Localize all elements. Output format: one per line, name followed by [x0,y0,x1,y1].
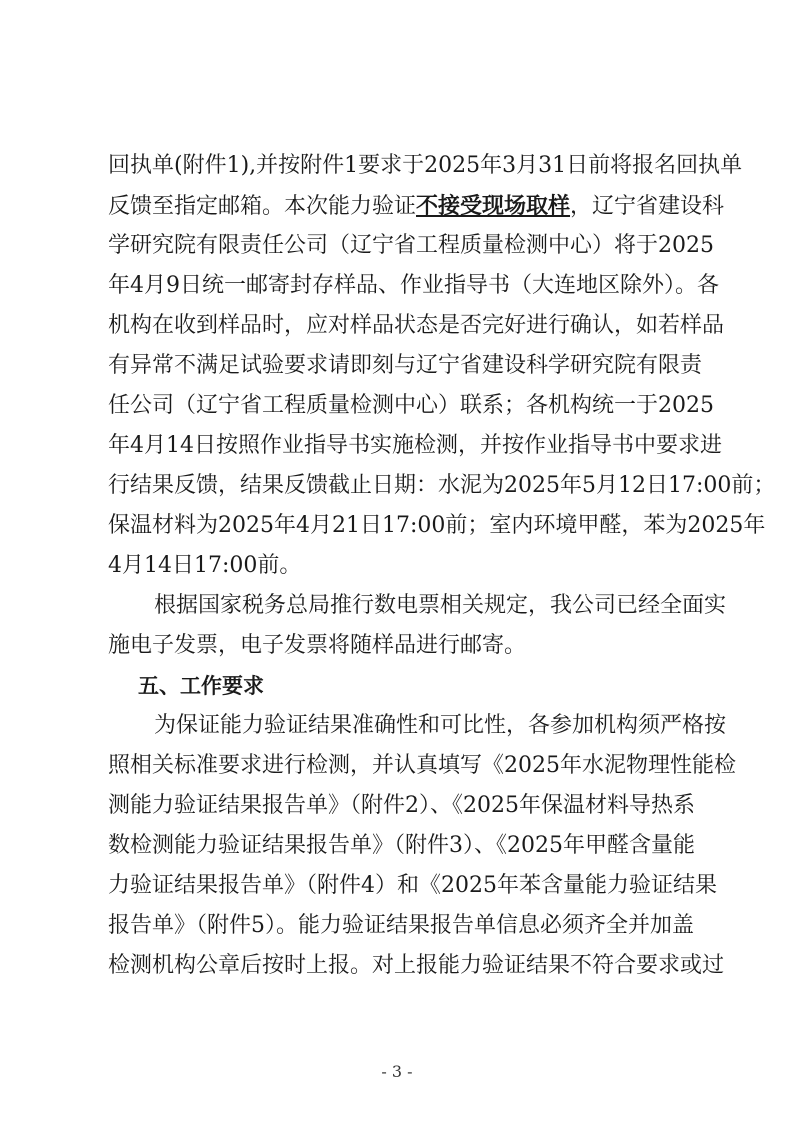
text-line: 根据国家税务总局推行数电票相关规定，我公司已经全面实 [108,586,694,626]
text-line: 报告单》（附件5）。能力验证结果报告单信息必须齐全并加盖 [108,906,694,946]
text-line: 年4月14日按照作业指导书实施检测，并按作业指导书中要求进 [108,426,694,466]
text-line: 有异常不满足试验要求请即刻与辽宁省建设科学研究院有限责 [108,346,694,386]
emphasis-no-onsite-sampling: 不接受现场取样 [416,193,570,219]
text-line: 保温材料为2025年4月21日17:00前；室内环境甲醛，苯为2025年 [108,506,694,546]
text-line: 反馈至指定邮箱。本次能力验证不接受现场取样，辽宁省建设科 [108,186,694,226]
text-span: 反馈至指定邮箱。本次能力验证 [108,194,416,219]
page-number: - 3 - [0,1062,794,1081]
section-heading: 五、工作要求 [108,666,694,706]
text-line: 4月14日17:00前。 [108,546,694,586]
text-line: 行结果反馈，结果反馈截止日期：水泥为2025年5月12日17:00前； [108,466,694,506]
text-line: 机构在收到样品时，应对样品状态是否完好进行确认，如若样品 [108,306,694,346]
text-line: 施电子发票，电子发票将随样品进行邮寄。 [108,626,694,666]
text-line: 测能力验证结果报告单》（附件2）、《2025年保温材料导热系 [108,786,694,826]
text-line: 回执单(附件1),并按附件1要求于2025年3月31日前将报名回执单 [108,146,694,186]
text-line: 检测机构公章后按时上报。对上报能力验证结果不符合要求或过 [108,946,694,986]
text-line: 学研究院有限责任公司（辽宁省工程质量检测中心）将于2025 [108,226,694,266]
text-span: ，辽宁省建设科 [570,194,724,219]
text-line: 力验证结果报告单》（附件4）和《2025年苯含量能力验证结果 [108,866,694,906]
text-line: 数检测能力验证结果报告单》（附件3）、《2025年甲醛含量能 [108,826,694,866]
text-line: 照相关标准要求进行检测，并认真填写《2025年水泥物理性能检 [108,746,694,786]
document-page: 回执单(附件1),并按附件1要求于2025年3月31日前将报名回执单 反馈至指定… [108,146,694,986]
text-line: 任公司（辽宁省工程质量检测中心）联系；各机构统一于2025 [108,386,694,426]
text-line: 年4月9日统一邮寄封存样品、作业指导书（大连地区除外）。各 [108,266,694,306]
text-line: 为保证能力验证结果准确性和可比性，各参加机构须严格按 [108,706,694,746]
